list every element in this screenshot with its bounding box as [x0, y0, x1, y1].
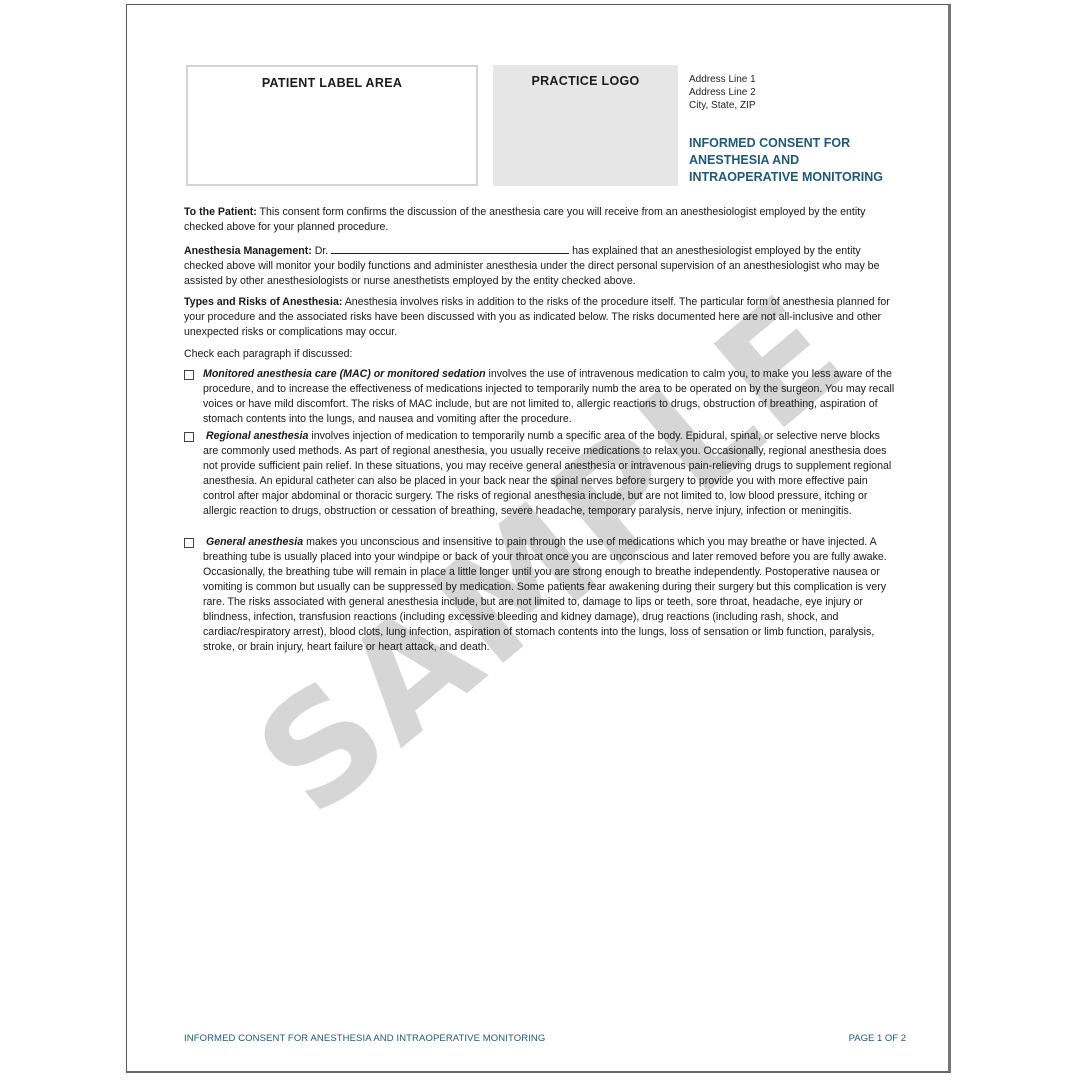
- page-number: PAGE 1 OF 2: [849, 1033, 906, 1044]
- option-general-description: makes you unconscious and insensitive to…: [203, 536, 887, 653]
- management-prefix: Dr.: [312, 245, 331, 257]
- option-mac: Monitored anesthesia care (MAC) or monit…: [184, 367, 896, 427]
- checkbox-regional[interactable]: [184, 432, 194, 442]
- option-mac-text: Monitored anesthesia care (MAC) or monit…: [203, 367, 896, 427]
- to-patient-text: This consent form confirms the discussio…: [184, 206, 865, 233]
- title-line-1: INFORMED CONSENT FOR: [689, 135, 883, 152]
- checkbox-mac[interactable]: [184, 370, 194, 380]
- option-regional-description: involves injection of medication to temp…: [203, 430, 891, 517]
- address-line-1: Address Line 1: [689, 73, 756, 86]
- option-regional: Regional anesthesia involves injection o…: [184, 429, 896, 519]
- option-mac-term: Monitored anesthesia care (MAC) or monit…: [203, 368, 486, 380]
- address-city-state-zip: City, State, ZIP: [689, 99, 756, 112]
- practice-logo-area: PRACTICE LOGO: [493, 65, 678, 186]
- types-label: Types and Risks of Anesthesia:: [184, 296, 342, 308]
- to-patient-label: To the Patient:: [184, 206, 257, 218]
- anesthesia-management-paragraph: Anesthesia Management: Dr. has explained…: [184, 242, 896, 289]
- document-title: INFORMED CONSENT FOR ANESTHESIA AND INTR…: [689, 135, 883, 186]
- title-line-2: ANESTHESIA AND: [689, 152, 883, 169]
- management-label: Anesthesia Management:: [184, 245, 312, 257]
- checkbox-general[interactable]: [184, 538, 194, 548]
- option-general-term: General anesthesia: [206, 536, 303, 548]
- practice-address: Address Line 1 Address Line 2 City, Stat…: [689, 73, 756, 112]
- types-risks-paragraph: Types and Risks of Anesthesia: Anesthesi…: [184, 295, 896, 340]
- title-line-3: INTRAOPERATIVE MONITORING: [689, 169, 883, 186]
- option-general: General anesthesia makes you unconscious…: [184, 535, 896, 655]
- practice-logo-heading: PRACTICE LOGO: [493, 74, 678, 88]
- address-line-2: Address Line 2: [689, 86, 756, 99]
- footer-title: INFORMED CONSENT FOR ANESTHESIA AND INTR…: [184, 1033, 545, 1044]
- option-regional-text: Regional anesthesia involves injection o…: [203, 429, 896, 519]
- to-patient-paragraph: To the Patient: This consent form confir…: [184, 205, 896, 235]
- doctor-name-field[interactable]: [331, 242, 569, 254]
- option-general-text: General anesthesia makes you unconscious…: [203, 535, 896, 655]
- option-regional-term: Regional anesthesia: [206, 430, 308, 442]
- patient-label-area: PATIENT LABEL AREA: [186, 65, 478, 186]
- check-instruction: Check each paragraph if discussed:: [184, 347, 896, 362]
- patient-label-heading: PATIENT LABEL AREA: [188, 76, 476, 90]
